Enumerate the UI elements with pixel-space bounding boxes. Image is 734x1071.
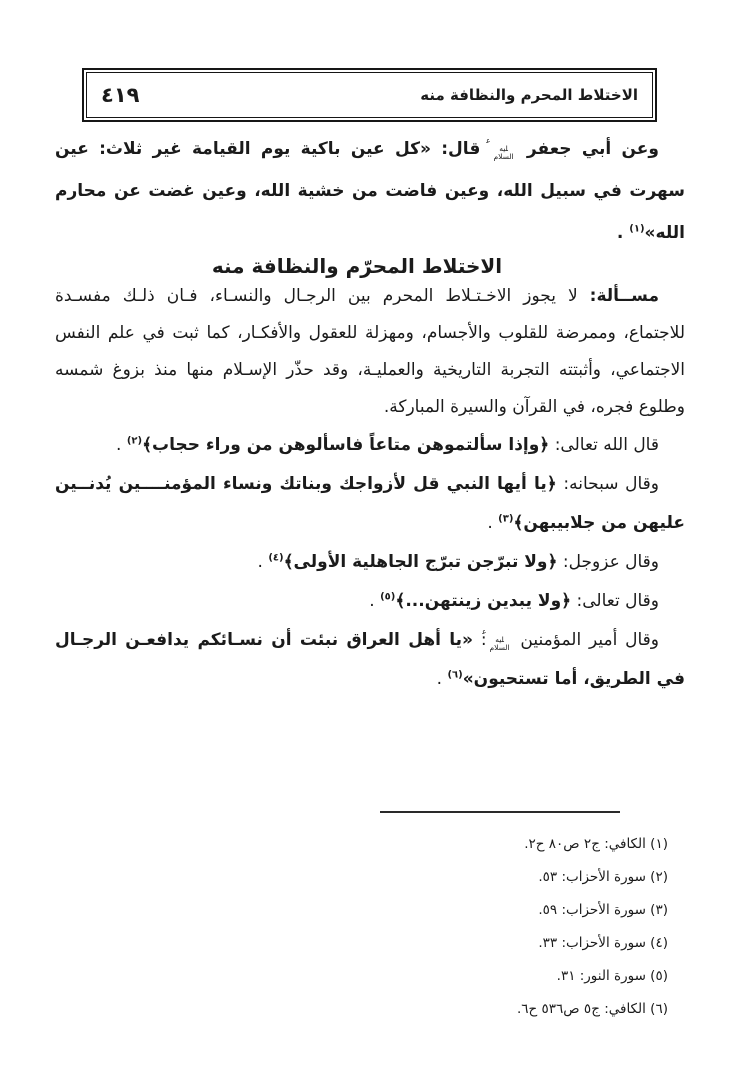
quran-quote: ﴿ولا تبرّجن تبرّج الجاهلية الأولى﴾ [284,552,558,572]
footnote-ref-3: (٣) [498,513,513,524]
verse-period: . [116,435,121,455]
masala-paragraph: مســألة: لا يجوز الاخـتـلاط المحرم بين ا… [55,278,685,426]
footnote-1: (١) الكافي: ج٢ ص٨٠ ح٢. [55,828,668,861]
section-heading: الاختلاط المحرّم والنظافة منه [55,254,685,278]
footnote-ref-4: (٤) [268,552,283,563]
footnote-5: (٥) سورة النور: ٣١. [55,960,668,993]
footnote-ref-5: (٥) [380,591,395,602]
page-number: ٤١٩ [101,83,139,107]
quran-quote: ﴿وإذا سألتموهن متاعاً فاسألوهن من وراء ح… [142,435,549,455]
verse-period: . [487,513,492,533]
honorific-alayhi-salam-seal: عليه السلام [487,628,513,653]
footnote-4: (٤) سورة الأحزاب: ٣٣. [55,927,668,960]
running-header-box: الاختلاط المحرم والنظافة منه ٤١٩ [82,68,657,122]
verse-lead: قال الله تعالى: [555,435,659,455]
footnotes-block: (١) الكافي: ج٢ ص٨٠ ح٢. (٢) سورة الأحزاب:… [55,828,668,1026]
hadith-paragraph: وعن أبي جعفر عليه السلام قال: «كل عين با… [55,128,685,254]
verse-period: . [258,552,263,572]
verse-paragraph-2: وقال سبحانه: ﴿يا أيها النبي قل لأزواجك و… [55,465,685,543]
footnote-ref-6: (٦) [447,669,462,680]
footnote-3: (٣) سورة الأحزاب: ٥٩. [55,894,668,927]
masala-label: مســألة: [590,286,659,306]
page-body: وعن أبي جعفر عليه السلام قال: «كل عين با… [55,128,685,699]
footnote-2: (٢) سورة الأحزاب: ٥٣. [55,861,668,894]
honorific-alayhi-salam-seal: عليه السلام [491,137,517,162]
footnote-separator-rule [380,811,620,813]
amir-quote-paragraph: وقال أمير المؤمنين عليه السلام: «يا أهل … [55,621,685,699]
footnote-ref-1: (١) [629,223,644,234]
running-header-inner: الاختلاط المحرم والنظافة منه ٤١٩ [86,72,653,118]
verse-paragraph-4: وقال تعالى: ﴿ولا يبدين زينتهن...﴾(٥) . [55,582,685,621]
footnote-ref-2: (٢) [127,435,142,446]
verse-period: . [369,591,374,611]
running-head-title: الاختلاط المحرم والنظافة منه [420,86,638,104]
verse-lead: وقال تعالى: [577,591,659,611]
footnote-6: (٦) الكافي: ج٥ ص٥٣٦ ح٦. [55,993,668,1026]
hadith-period: . [617,223,623,243]
verse-paragraph-1: قال الله تعالى: ﴿وإذا سألتموهن متاعاً فا… [55,426,685,465]
verse-lead: وقال عزوجل: [563,552,659,572]
amir-period: . [437,669,442,689]
quran-quote: ﴿ولا يبدين زينتهن...﴾ [395,591,571,611]
verse-paragraph-3: وقال عزوجل: ﴿ولا تبرّجن تبرّج الجاهلية ا… [55,543,685,582]
hadith-lead: وعن أبي جعفر [527,139,659,159]
book-page: الاختلاط المحرم والنظافة منه ٤١٩ وعن أبي… [0,0,734,1071]
verse-lead: وقال سبحانه: [563,474,659,494]
amir-lead: وقال أمير المؤمنين [520,630,659,650]
